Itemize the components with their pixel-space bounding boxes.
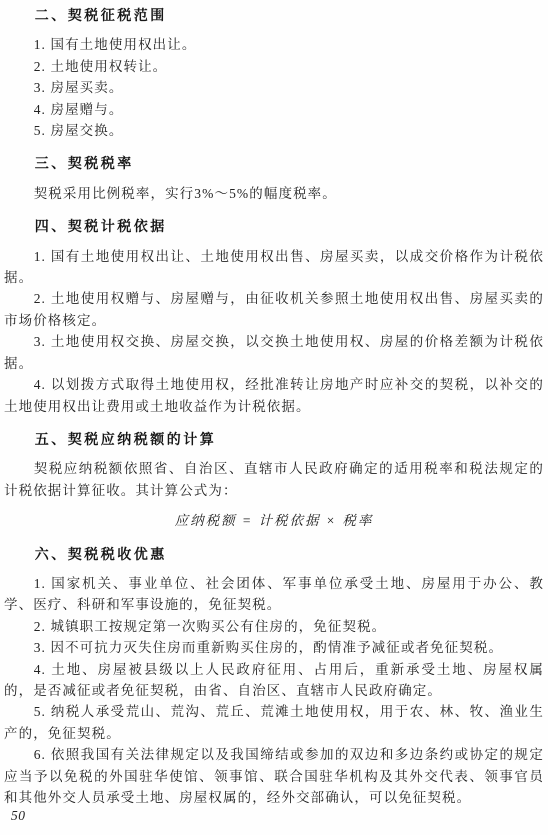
section-tax-calculation: 五、契税应纳税额的计算 契税应纳税额依照省、自治区、直辖市人民政府确定的适用税率…: [4, 429, 544, 532]
list-item: 1. 国有土地使用权出让。: [4, 34, 544, 55]
section-tax-preferences: 六、契税税收优惠 1. 国家机关、事业单位、社会团体、军事单位承受土地、房屋用于…: [4, 544, 544, 809]
section-heading: 六、契税税收优惠: [4, 544, 544, 565]
list-item: 5. 纳税人承受荒山、荒沟、荒丘、荒滩土地使用权，用于农、林、牧、渔业生产的，免…: [4, 701, 544, 744]
list-item: 4. 以划拨方式取得土地使用权，经批准转让房地产时应补交的契税，以补交的土地使用…: [4, 374, 544, 417]
list-item: 1. 国家机关、事业单位、社会团体、军事单位承受土地、房屋用于办公、教学、医疗、…: [4, 573, 544, 616]
document-page: 二、契税征税范围 1. 国有土地使用权出让。 2. 土地使用权转让。 3. 房屋…: [0, 0, 548, 835]
section-heading: 二、契税征税范围: [4, 5, 544, 26]
list-item: 3. 土地使用权交换、房屋交换，以交换土地使用权、房屋的价格差额为计税依据。: [4, 331, 544, 374]
list-item: 3. 因不可抗力灭失住房而重新购买住房的，酌情准予减征或者免征契税。: [4, 637, 544, 658]
page-number: 50: [11, 805, 26, 826]
section-heading: 五、契税应纳税额的计算: [4, 429, 544, 450]
section-tax-basis: 四、契税计税依据 1. 国有土地使用权出让、土地使用权出售、房屋买卖，以成交价格…: [4, 216, 544, 417]
list-item: 5. 房屋交换。: [4, 120, 544, 141]
list-item: 1. 国有土地使用权出让、土地使用权出售、房屋买卖，以成交价格作为计税依据。: [4, 246, 544, 289]
section-heading: 三、契税税率: [4, 153, 544, 174]
section-taxable-scope: 二、契税征税范围 1. 国有土地使用权出让。 2. 土地使用权转让。 3. 房屋…: [4, 5, 544, 141]
list-item: 2. 城镇职工按规定第一次购买公有住房的，免征契税。: [4, 616, 544, 637]
list-item: 6. 依照我国有关法律规定以及我国缔结或参加的双边和多边条约或协定的规定应当予以…: [4, 744, 544, 808]
paragraph: 契税采用比例税率，实行3%～5%的幅度税率。: [4, 183, 544, 204]
list-item: 4. 房屋赠与。: [4, 99, 544, 120]
paragraph: 契税应纳税额依照省、自治区、直辖市人民政府确定的适用税率和税法规定的计税依据计算…: [4, 458, 544, 501]
list-item: 2. 土地使用权转让。: [4, 56, 544, 77]
list-item: 4. 土地、房屋被县级以上人民政府征用、占用后，重新承受土地、房屋权属的，是否减…: [4, 659, 544, 702]
tax-formula: 应纳税额 = 计税依据 × 税率: [4, 510, 544, 531]
section-tax-rate: 三、契税税率 契税采用比例税率，实行3%～5%的幅度税率。: [4, 153, 544, 204]
list-item: 3. 房屋买卖。: [4, 77, 544, 98]
list-item: 2. 土地使用权赠与、房屋赠与，由征收机关参照土地使用权出售、房屋买卖的市场价格…: [4, 288, 544, 331]
section-heading: 四、契税计税依据: [4, 216, 544, 237]
